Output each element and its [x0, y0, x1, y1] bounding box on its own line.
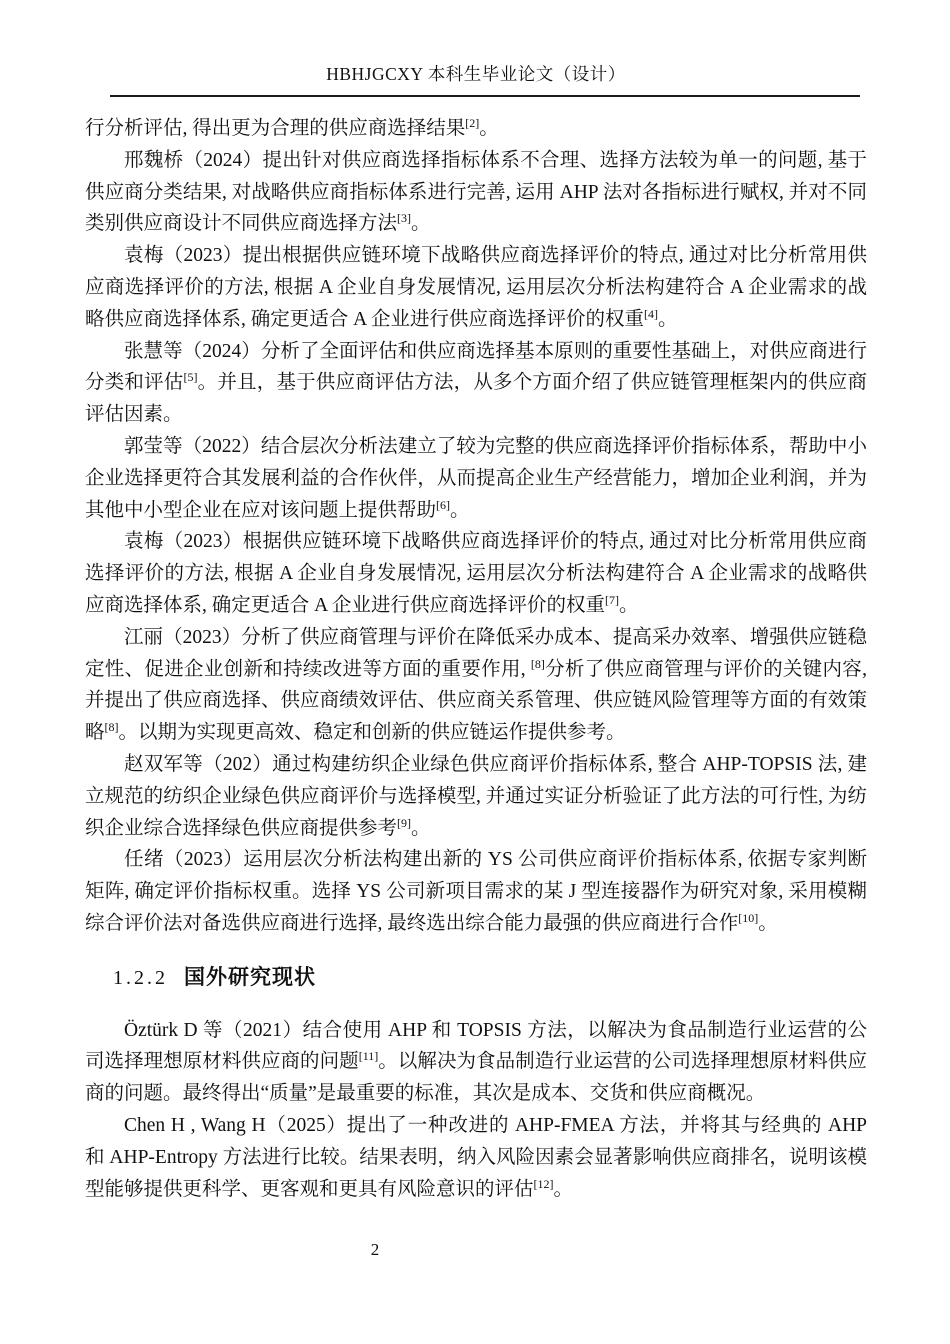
header-title: HBHJGCXY 本科生毕业论文（设计） [326, 64, 626, 84]
citation-ref: [4] [644, 307, 658, 321]
paragraph: 张慧等（2024）分析了全面评估和供应商选择基本原则的重要性基础上，对供应商进行… [85, 336, 867, 431]
paragraph: 江丽（2023）分析了供应商管理与评价在降低采办成本、提高采办效率、增强供应链稳… [85, 622, 867, 749]
paragraph: Öztürk D 等（2021）结合使用 AHP 和 TOPSIS 方法，以解决… [85, 1015, 867, 1110]
paragraph: 袁梅（2023）提出根据供应链环境下战略供应商选择评价的特点, 通过对比分析常用… [85, 240, 867, 335]
citation-ref: [7] [605, 593, 619, 607]
citation-ref: [6] [436, 498, 450, 512]
section-title: 国外研究现状 [184, 966, 316, 989]
citation-ref: [2] [465, 116, 479, 130]
citation-ref: [10] [738, 911, 758, 925]
document-body: 行分析评估, 得出更为合理的供应商选择结果[2]。邢魏桥（2024）提出针对供应… [85, 113, 867, 1205]
section-heading: 1.2.2国外研究现状 [113, 962, 867, 995]
page-header: HBHJGCXY 本科生毕业论文（设计） [85, 62, 867, 86]
paragraph: 郭莹等（2022）结合层次分析法建立了较为完整的供应商选择评价指标体系，帮助中小… [85, 431, 867, 526]
citation-ref: [11] [359, 1049, 379, 1063]
paragraph: 行分析评估, 得出更为合理的供应商选择结果[2]。 [85, 113, 867, 145]
page-number: 2 [85, 1240, 665, 1260]
citation-ref: [5] [183, 370, 197, 384]
thesis-page: HBHJGCXY 本科生毕业论文（设计） 行分析评估, 得出更为合理的供应商选择… [0, 0, 950, 1344]
section-number: 1.2.2 [113, 967, 168, 989]
citation-ref: [8] [105, 720, 119, 734]
header-rule [110, 95, 860, 97]
paragraph: 邢魏桥（2024）提出针对供应商选择指标体系不合理、选择方法较为单一的问题, 基… [85, 145, 867, 240]
paragraph: 赵双军等（202）通过构建纺织企业绿色供应商评价指标体系, 整合 AHP-TOP… [85, 749, 867, 844]
paragraph: 袁梅（2023）根据供应链环境下战略供应商选择评价的特点, 通过对比分析常用供应… [85, 526, 867, 621]
citation-ref: [12] [534, 1177, 554, 1191]
citation-ref: [9] [397, 816, 411, 830]
citation-ref: [3] [397, 211, 411, 225]
paragraph: Chen H , Wang H（2025）提出了一种改进的 AHP-FMEA 方… [85, 1110, 867, 1205]
citation-ref: [8] [531, 657, 545, 671]
paragraph: 任绪（2023）运用层次分析法构建出新的 YS 公司供应商评价指标体系, 依据专… [85, 844, 867, 939]
